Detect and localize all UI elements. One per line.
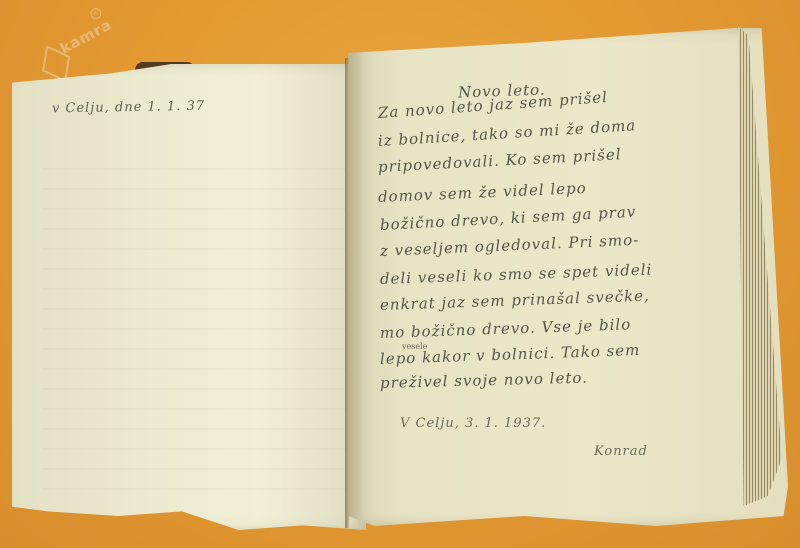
notebook-gutter — [345, 58, 349, 528]
signature: Konrad — [594, 444, 648, 459]
bleed-through-text — [42, 154, 346, 490]
watermark-brand: kamra — [57, 16, 115, 58]
open-notebook: kamra ® v Celju, dne 1. 1. 37 Novo leto.… — [0, 0, 800, 548]
left-page — [12, 64, 366, 530]
closing-place-date: V Celju, 3. 1. 1937. — [400, 416, 546, 431]
left-page-header: v Celju, dne 1. 1. 37 — [52, 99, 205, 117]
